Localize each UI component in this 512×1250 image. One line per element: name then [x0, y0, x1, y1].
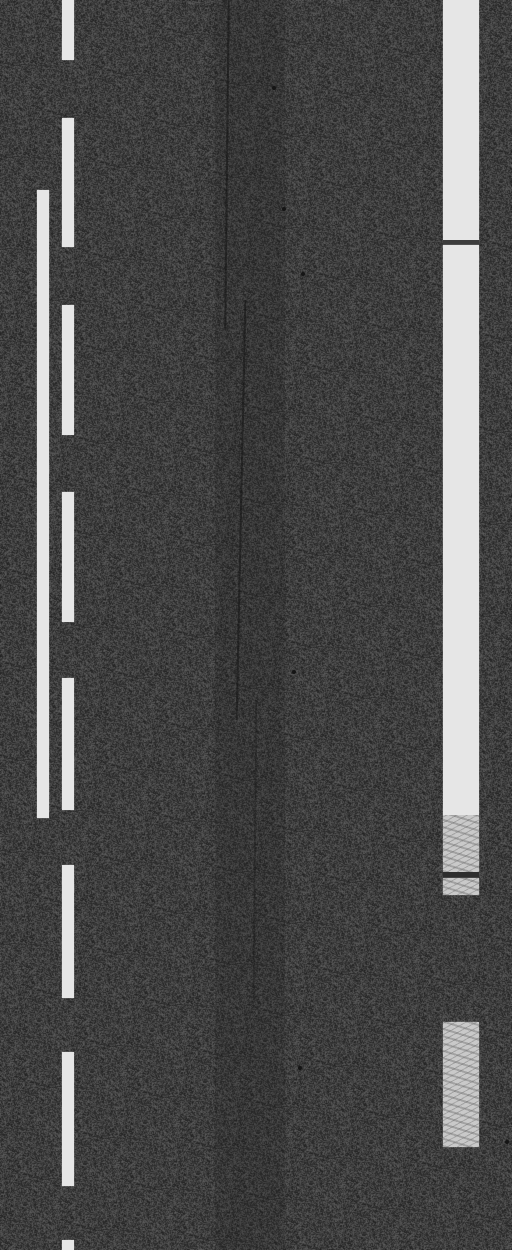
- debris-spot: [272, 86, 276, 90]
- debris-spot: [505, 1140, 509, 1144]
- dash-segment: [62, 1052, 74, 1186]
- dash-segment: [62, 678, 74, 810]
- dash-segment: [62, 305, 74, 435]
- right-isolated-patch: [443, 1022, 479, 1147]
- debris-spot: [298, 1066, 302, 1070]
- right-wide-line-fragment: [443, 878, 479, 895]
- dash-segment: [62, 118, 74, 247]
- road-surface-scene: [0, 0, 512, 1250]
- right-wide-line-segment: [443, 0, 479, 240]
- right-wide-line-segment: [443, 245, 479, 815]
- left-solid-edge-line: [37, 190, 49, 818]
- debris-spot: [301, 272, 305, 276]
- dash-segment: [62, 865, 74, 998]
- dash-segment: [62, 1240, 74, 1250]
- debris-spot: [282, 207, 286, 211]
- dash-segment: [62, 0, 74, 60]
- dash-segment: [62, 492, 74, 622]
- right-wide-line-worn-end: [443, 815, 479, 872]
- debris-spot: [292, 670, 296, 674]
